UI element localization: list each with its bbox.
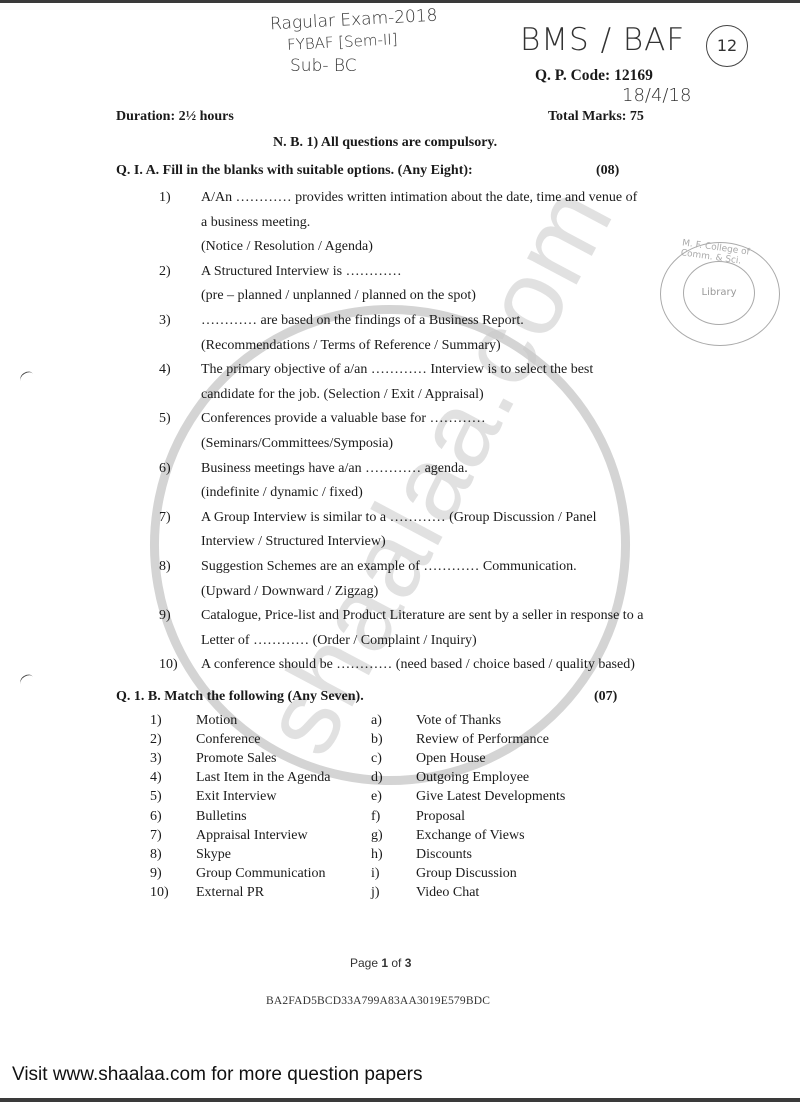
match-letter: e): [371, 789, 382, 805]
qp-code: Q. P. Code: 12169: [535, 67, 653, 85]
question-number: 7): [159, 510, 171, 526]
question-number: 1): [159, 190, 171, 206]
question-number: 4): [159, 362, 171, 378]
match-letter: g): [371, 828, 383, 844]
match-number: 2): [150, 732, 162, 748]
match-number: 7): [150, 828, 162, 844]
handwritten-course: BMS / BAF: [520, 22, 685, 58]
question-text: (Seminars/Committees/Symposia): [201, 436, 393, 452]
question-number: 6): [159, 461, 171, 477]
question-number: 8): [159, 559, 171, 575]
match-right-item: Outgoing Employee: [416, 770, 529, 786]
match-left-item: Appraisal Interview: [196, 828, 308, 844]
match-right-item: Open House: [416, 751, 486, 767]
question-text: Suggestion Schemes are an example of …………: [201, 559, 577, 575]
match-letter: j): [371, 885, 380, 901]
match-number: 10): [150, 885, 169, 901]
scan-top-edge: [0, 0, 800, 3]
match-left-item: Motion: [196, 713, 237, 729]
match-letter: b): [371, 732, 383, 748]
match-number: 6): [150, 809, 162, 825]
scan-mark: [18, 672, 36, 689]
match-letter: a): [371, 713, 382, 729]
match-left-item: External PR: [196, 885, 264, 901]
match-letter: i): [371, 866, 380, 882]
instructions-note: N. B. 1) All questions are compulsory.: [273, 135, 497, 151]
question-text: A Structured Interview is …………: [201, 264, 402, 280]
match-number: 5): [150, 789, 162, 805]
match-letter: c): [371, 751, 382, 767]
handwritten-subject-note: Sub- BC: [290, 56, 357, 76]
question-text: Conferences provide a valuable base for …: [201, 411, 486, 427]
match-number: 9): [150, 866, 162, 882]
question-text: (pre – planned / unplanned / planned on …: [201, 288, 476, 304]
handwritten-exam-note: Ragular Exam-2018: [270, 6, 438, 35]
question-number: 9): [159, 608, 171, 624]
match-letter: d): [371, 770, 383, 786]
page-mid: of: [388, 956, 405, 970]
question-text: A Group Interview is similar to a ………… (…: [201, 510, 596, 526]
match-right-item: Give Latest Developments: [416, 789, 565, 805]
scan-bottom-edge: [0, 1098, 800, 1102]
match-number: 8): [150, 847, 162, 863]
handwritten-circled-number: 12: [706, 25, 748, 67]
question-text: The primary objective of a/an ………… Inter…: [201, 362, 593, 378]
question-text: Business meetings have a/an ………… agenda.: [201, 461, 468, 477]
match-left-item: Conference: [196, 732, 261, 748]
library-stamp: M. F. College of Comm. & Sci. Library: [660, 242, 780, 346]
match-left-item: Bulletins: [196, 809, 247, 825]
question-text: Interview / Structured Interview): [201, 534, 386, 550]
question-text: A conference should be ………… (need based …: [201, 657, 635, 673]
stamp-inner-text: Library: [683, 261, 755, 325]
section-a-marks: (08): [596, 163, 619, 179]
document-hash: BA2FAD5BCD33A799A83AA3019E579BDC: [266, 995, 490, 1007]
match-right-item: Exchange of Views: [416, 828, 525, 844]
match-right-item: Video Chat: [416, 885, 479, 901]
match-number: 4): [150, 770, 162, 786]
question-text: ………… are based on the findings of a Busi…: [201, 313, 524, 329]
match-right-item: Review of Performance: [416, 732, 549, 748]
question-number: 10): [159, 657, 178, 673]
section-a-heading: Q. I. A. Fill in the blanks with suitabl…: [116, 163, 473, 179]
question-text: candidate for the job. (Selection / Exit…: [201, 387, 484, 403]
question-text: Catalogue, Price-list and Product Litera…: [201, 608, 643, 624]
section-b-heading: Q. 1. B. Match the following (Any Seven)…: [116, 689, 364, 705]
question-number: 2): [159, 264, 171, 280]
total-marks: Total Marks: 75: [548, 109, 644, 125]
question-text: (indefinite / dynamic / fixed): [201, 485, 363, 501]
question-text: a business meeting.: [201, 215, 310, 231]
promo-footer: Visit www.shaalaa.com for more question …: [12, 1064, 422, 1086]
handwritten-class-note: FYBAF [Sem-II]: [287, 30, 398, 54]
match-right-item: Proposal: [416, 809, 465, 825]
match-number: 3): [150, 751, 162, 767]
question-text: A/An ………… provides written intimation ab…: [201, 190, 637, 206]
scan-mark: [18, 369, 36, 386]
handwritten-date: 18/4/18: [622, 85, 691, 106]
duration: Duration: 2½ hours: [116, 109, 234, 125]
question-text: (Recommendations / Terms of Reference / …: [201, 338, 501, 354]
section-b-marks: (07): [594, 689, 617, 705]
question-number: 3): [159, 313, 171, 329]
match-right-item: Vote of Thanks: [416, 713, 501, 729]
match-left-item: Promote Sales: [196, 751, 277, 767]
question-text: Letter of ………… (Order / Complaint / Inqu…: [201, 633, 477, 649]
match-number: 1): [150, 713, 162, 729]
question-text: (Notice / Resolution / Agenda): [201, 239, 373, 255]
page-prefix: Page: [350, 956, 381, 970]
match-right-item: Group Discussion: [416, 866, 517, 882]
match-letter: h): [371, 847, 383, 863]
question-text: (Upward / Downward / Zigzag): [201, 584, 378, 600]
page-number: Page 1 of 3: [350, 956, 411, 970]
match-left-item: Skype: [196, 847, 231, 863]
match-left-item: Exit Interview: [196, 789, 276, 805]
match-right-item: Discounts: [416, 847, 472, 863]
match-left-item: Group Communication: [196, 866, 326, 882]
page-total: 3: [405, 956, 412, 970]
match-letter: f): [371, 809, 380, 825]
question-number: 5): [159, 411, 171, 427]
match-left-item: Last Item in the Agenda: [196, 770, 331, 786]
